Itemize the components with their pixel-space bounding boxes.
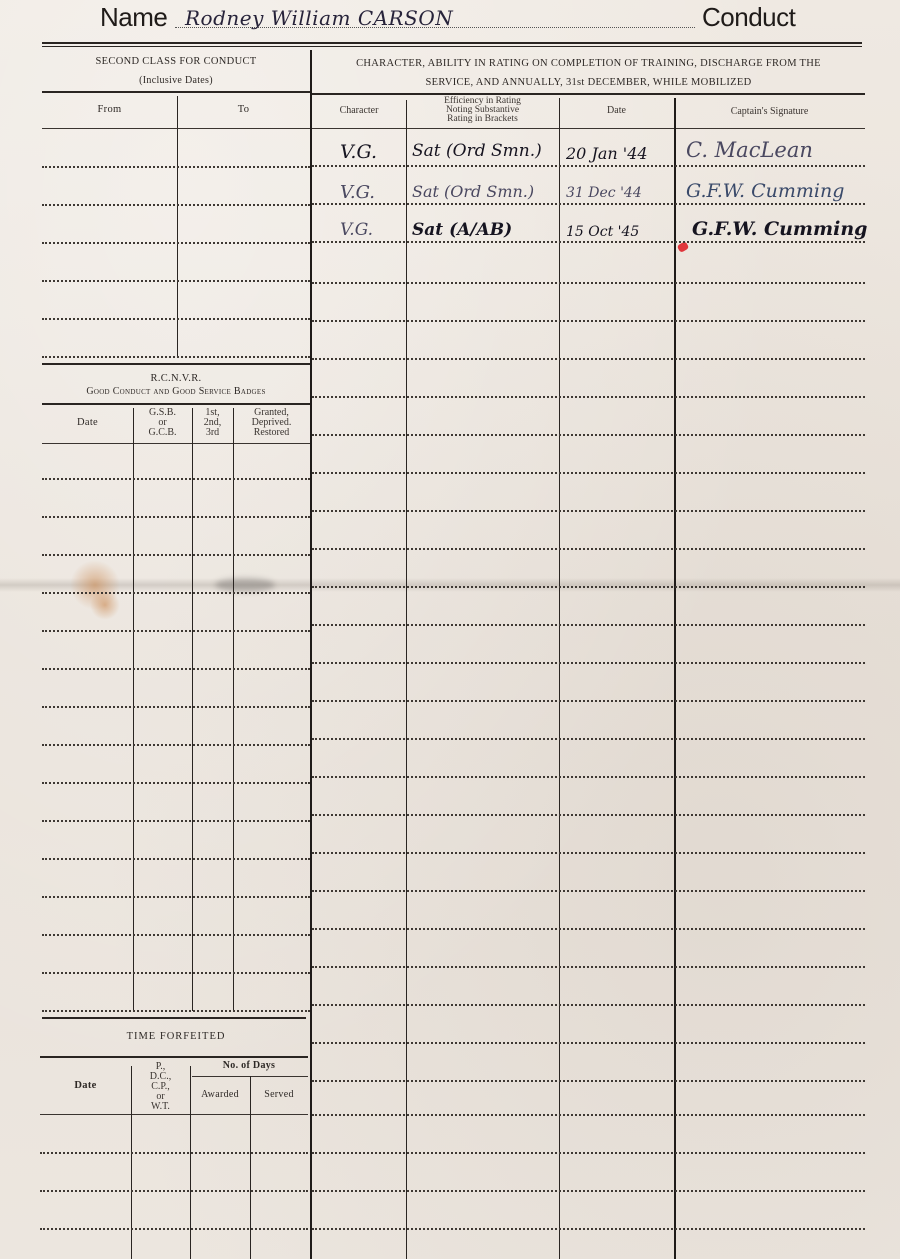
row-line <box>42 242 310 244</box>
tf-col-date: Date <box>40 1080 131 1091</box>
row-line <box>42 280 310 282</box>
row-line <box>42 592 310 594</box>
col-signature: Captain's Signature <box>674 107 865 117</box>
row-line <box>312 1080 865 1082</box>
row-line <box>42 820 310 822</box>
row-line <box>312 472 865 474</box>
col-to: To <box>177 104 310 115</box>
second-class-header-rule <box>42 91 310 93</box>
tf-col-served: Served <box>250 1089 308 1100</box>
badges-col-gsb: G.S.B. or G.C.B. <box>133 408 192 438</box>
row-line <box>312 586 865 588</box>
row-line <box>42 706 310 708</box>
row-line <box>312 738 865 740</box>
row-line <box>312 1114 865 1116</box>
row-line <box>42 1010 310 1012</box>
row-line <box>42 934 310 936</box>
row-line <box>312 510 865 512</box>
row-line <box>42 744 310 746</box>
row-line <box>312 165 865 167</box>
entry-efficiency: Sat (Ord Smn.) <box>412 182 534 201</box>
entry-date: 31 Dec '44 <box>566 185 642 201</box>
entry-character: V.G. <box>340 182 375 203</box>
tf-divider-3 <box>250 1076 251 1259</box>
row-line <box>312 966 865 968</box>
character-divider-1 <box>406 100 407 1259</box>
row-line <box>312 358 865 360</box>
ink-smudge <box>215 578 275 592</box>
badges-divider-3 <box>233 408 234 1011</box>
entry-date: 20 Jan '44 <box>566 144 648 163</box>
ord-line3: 3rd <box>192 428 233 438</box>
entry-signature: G.F.W. Cumming <box>686 180 844 202</box>
row-line <box>312 776 865 778</box>
row-line <box>312 662 865 664</box>
row-line <box>312 1152 865 1154</box>
efficiency-line3: Rating in Brackets <box>406 115 559 124</box>
row-line <box>312 1228 865 1230</box>
rust-stain <box>90 590 120 620</box>
row-line <box>40 1152 308 1154</box>
tf-col-type: P., D.C., C.P., or W.T. <box>131 1062 190 1112</box>
row-line <box>42 204 310 206</box>
character-divider-2 <box>559 98 560 1259</box>
row-line <box>42 858 310 860</box>
row-line <box>42 554 310 556</box>
row-line <box>312 1004 865 1006</box>
row-line <box>312 890 865 892</box>
badges-org: R.C.N.V.R. <box>42 373 310 384</box>
tf-divider-2 <box>190 1066 191 1259</box>
row-line <box>312 434 865 436</box>
entry-signature: G.F.W. Cumming <box>692 218 867 240</box>
row-line <box>312 624 865 626</box>
top-rule <box>42 42 862 44</box>
row-line <box>312 282 865 284</box>
name-label: Name <box>100 2 167 33</box>
character-header-rule <box>312 93 865 95</box>
row-line <box>42 356 310 358</box>
badges-header-rule <box>42 403 310 405</box>
row-line <box>312 203 865 205</box>
character-col-rule <box>312 128 865 129</box>
tf-col-days: No. of Days <box>190 1060 308 1071</box>
col-from: From <box>42 104 177 115</box>
badges-col-ordinal: 1st, 2nd, 3rd <box>192 408 233 438</box>
row-line <box>312 852 865 854</box>
top-rule-thin <box>42 46 862 47</box>
row-line <box>42 318 310 320</box>
row-line <box>312 396 865 398</box>
tf-col-rule <box>40 1114 308 1115</box>
tf-col-awarded: Awarded <box>190 1089 250 1100</box>
tf-divider-1 <box>131 1066 132 1259</box>
section-divider <box>310 50 312 1259</box>
row-line <box>42 668 310 670</box>
entry-efficiency: Sat (A/AB) <box>412 220 512 240</box>
badges-bottom-rule <box>42 1017 306 1019</box>
col-efficiency: Efficiency in Rating Noting Substantive … <box>406 97 559 124</box>
name-value: Rodney William CARSON <box>185 6 453 30</box>
character-title-line2: SERVICE, AND ANNUALLY, 31st DECEMBER, WH… <box>312 77 865 88</box>
row-line <box>312 320 865 322</box>
time-forfeited-title: TIME FORFEITED <box>42 1031 310 1042</box>
row-line <box>312 1042 865 1044</box>
entry-character: V.G. <box>340 220 373 240</box>
second-class-col-rule <box>42 128 310 129</box>
row-line <box>312 814 865 816</box>
badges-col-date: Date <box>42 417 133 428</box>
row-line <box>42 972 310 974</box>
entry-efficiency: Sat (Ord Smn.) <box>412 141 542 161</box>
badges-divider-2 <box>192 408 193 1011</box>
status-line3: Restored <box>233 428 310 438</box>
character-divider-3 <box>674 98 676 1259</box>
badges-title: Good Conduct and Good Service Badges <box>42 386 310 397</box>
second-class-title: SECOND CLASS FOR CONDUCT <box>42 56 310 67</box>
character-title-line1: CHARACTER, ABILITY IN RATING ON COMPLETI… <box>312 58 865 69</box>
entry-date: 15 Oct '45 <box>566 224 639 240</box>
col-character: Character <box>312 106 406 116</box>
conduct-label: Conduct <box>702 2 795 33</box>
row-line <box>42 782 310 784</box>
paper-crease <box>0 578 900 592</box>
row-line <box>312 700 865 702</box>
row-line <box>42 166 310 168</box>
row-line <box>40 1228 308 1230</box>
tf-header-rule <box>40 1056 308 1058</box>
row-line <box>312 241 865 243</box>
gsb-line3: G.C.B. <box>133 428 192 438</box>
row-line <box>312 548 865 550</box>
row-line <box>42 896 310 898</box>
badges-col-status: Granted, Deprived. Restored <box>233 408 310 438</box>
row-line <box>42 478 310 480</box>
second-class-bottom-rule <box>42 363 310 365</box>
entry-signature: C. MacLean <box>686 138 813 162</box>
second-class-subtitle: (Inclusive Dates) <box>42 75 310 86</box>
row-line <box>42 630 310 632</box>
row-line <box>312 928 865 930</box>
row-line <box>40 1190 308 1192</box>
row-line <box>312 1190 865 1192</box>
row-line <box>42 516 310 518</box>
entry-character: V.G. <box>340 141 377 163</box>
badges-col-rule <box>42 443 310 444</box>
col-date: Date <box>559 106 674 116</box>
type-line5: W.T. <box>131 1102 190 1112</box>
badges-divider-1 <box>133 408 134 1011</box>
